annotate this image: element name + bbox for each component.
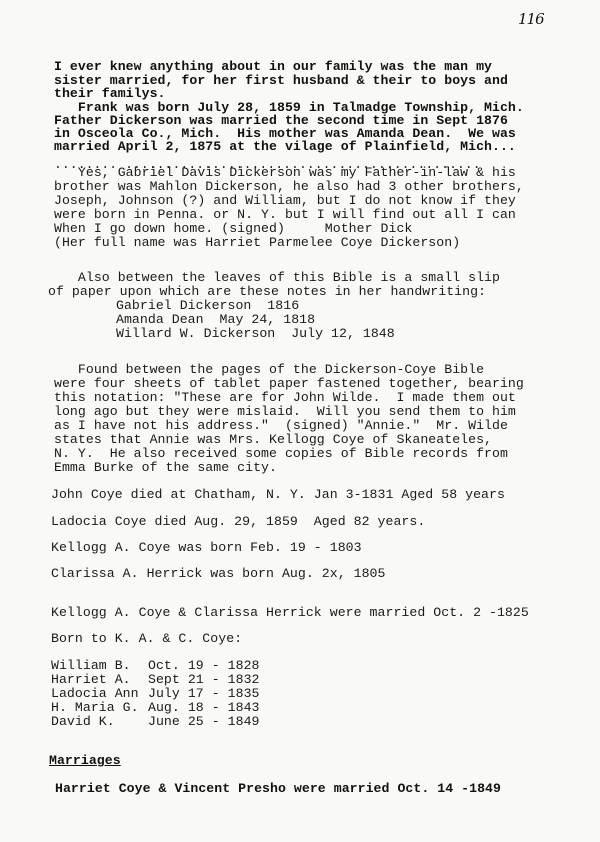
found-line: were four sheets of tablet paper fastene…: [54, 377, 524, 391]
found-line: N. Y. He also received some copies of Bi…: [54, 447, 508, 461]
slip-note: Amanda Dean May 24, 1818: [116, 313, 315, 327]
page-number: 116: [518, 10, 544, 28]
record-line: Kellogg A. Coye & Clarissa Herrick were …: [51, 606, 529, 620]
child-birthdate: July 17 - 1835: [148, 687, 260, 701]
child-birthdate: Aug. 18 - 1843: [148, 701, 260, 715]
found-line: Found between the pages of the Dickerson…: [54, 363, 484, 377]
marriages-heading: Marriages: [49, 754, 121, 768]
record-line: Ladocia Coye died Aug. 29, 1859 Aged 82 …: [51, 515, 425, 529]
letter-line: married April 2, 1875 at the vilage of P…: [54, 140, 516, 154]
record-line: Kellogg A. Coye was born Feb. 19 - 1803: [51, 541, 362, 555]
child-name: H. Maria G.: [51, 701, 139, 715]
found-line: long ago but they were mislaid. Will you…: [54, 405, 516, 419]
child-name: David K.: [51, 715, 115, 729]
letter-line: Joseph, Johnson (?) and William, but I d…: [54, 194, 516, 208]
slip-note: Willard W. Dickerson July 12, 1848: [116, 327, 395, 341]
record-line: Clarissa A. Herrick was born Aug. 2x, 18…: [51, 567, 385, 581]
record-line: John Coye died at Chatham, N. Y. Jan 3-1…: [51, 488, 505, 502]
slip-note: Gabriel Dickerson 1816: [116, 299, 299, 313]
child-name: William B.: [51, 659, 131, 673]
child-name: Ladocia Ann: [51, 687, 139, 701]
letter-line: When I go down home. (signed) Mother Dic…: [54, 222, 412, 236]
found-line: as I have not his address." (signed) "An…: [54, 419, 508, 433]
letter-line: (Her full name was Harriet Parmelee Coye…: [54, 236, 460, 250]
found-line: this notation: "These are for John Wilde…: [54, 391, 516, 405]
letter-line: were born in Penna. or N. Y. but I will …: [54, 208, 516, 222]
child-name: Harriet A.: [51, 673, 131, 687]
found-line: states that Annie was Mrs. Kellogg Coye …: [54, 433, 492, 447]
letter-line: Yes, Gabriel Davis Dickerson was my Fath…: [54, 166, 516, 180]
letter-line: brother was Mahlon Dickerson, he also ha…: [54, 180, 524, 194]
letter-line: their familys.: [54, 87, 166, 101]
slip-intro-line: Also between the leaves of this Bible is…: [54, 271, 500, 285]
child-birthdate: Oct. 19 - 1828: [148, 659, 260, 673]
child-birthdate: June 25 - 1849: [148, 715, 260, 729]
record-line: Born to K. A. & C. Coye:: [51, 632, 242, 646]
found-line: Emma Burke of the same city.: [54, 461, 277, 475]
marriage-entry: Harriet Coye & Vincent Presho were marri…: [55, 782, 501, 796]
child-birthdate: Sept 21 - 1832: [148, 673, 260, 687]
letter-line: I ever knew anything about in our family…: [54, 60, 492, 74]
slip-intro-line: of paper upon which are these notes in h…: [48, 285, 486, 299]
